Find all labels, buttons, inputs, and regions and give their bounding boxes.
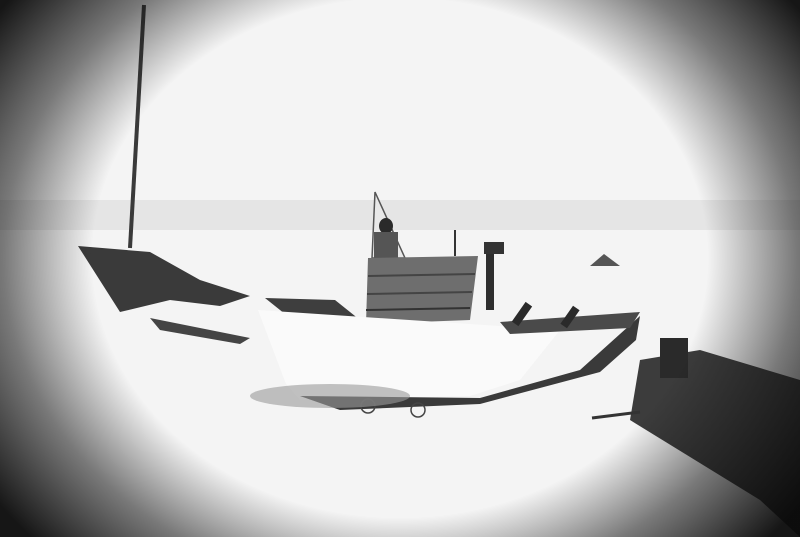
horizon-haze xyxy=(0,200,800,230)
left-boat-hull xyxy=(78,246,250,312)
photograph xyxy=(0,0,800,537)
right-boat-motor xyxy=(660,338,688,378)
boat-shadow xyxy=(250,384,410,408)
outboard-motor-head xyxy=(484,242,504,254)
boats-on-ice-scene xyxy=(0,0,800,537)
left-boat-oar xyxy=(150,318,250,344)
person-body xyxy=(374,232,398,258)
center-boat-hull xyxy=(366,256,478,324)
distant-ice-mound xyxy=(590,254,620,266)
right-boat xyxy=(630,350,800,537)
person-head xyxy=(379,218,393,234)
outboard-motor-shaft xyxy=(486,254,494,310)
